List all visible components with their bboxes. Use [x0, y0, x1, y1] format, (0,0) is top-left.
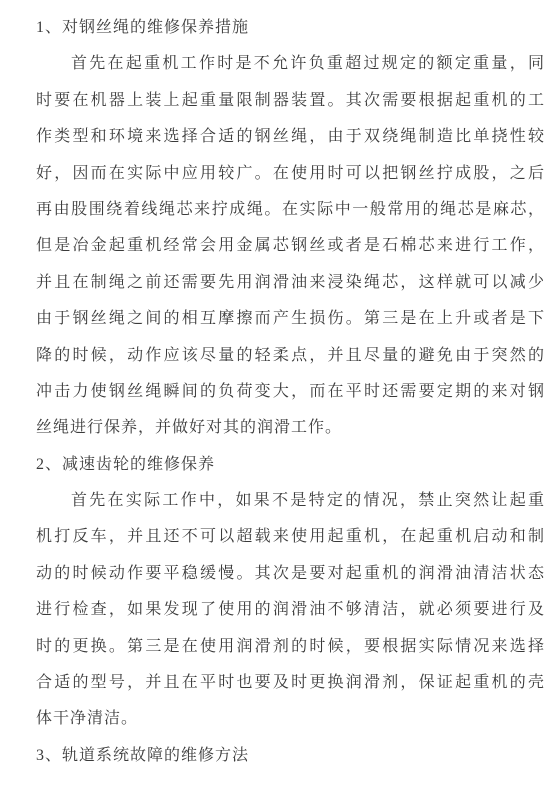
section-1-paragraph-line: 丝绳进行保养，并做好对其的润滑工作。 — [36, 410, 545, 446]
section-2-paragraph-line: 体干净清洁。 — [36, 701, 545, 737]
section-2-paragraph-line: 时的更换。第三是在使用润滑剂的时候，要根据实际情况来选择 — [36, 629, 545, 665]
section-2-paragraph-line: 动的时候动作要平稳缓慢。其次是要对起重机的润滑油清洁状态 — [36, 556, 545, 592]
section-1-heading: 1、对钢丝绳的维修保养措施 — [36, 10, 545, 46]
section-1-paragraph-line: 作类型和环境来选择合适的钢丝绳，由于双绕绳制造比单挠性较 — [36, 119, 545, 155]
section-1-paragraph-line: 好，因而在实际中应用较广。在使用时可以把钢丝拧成股，之后 — [36, 156, 545, 192]
section-1-paragraph-line: 由于钢丝绳之间的相互摩擦而产生损伤。第三是在上升或者是下 — [36, 301, 545, 337]
section-1-paragraph-line: 但是冶金起重机经常会用金属芯钢丝或者是石棉芯来进行工作， — [36, 228, 545, 264]
section-2-paragraph-line: 机打反车，并且还不可以超载来使用起重机，在起重机启动和制 — [36, 519, 545, 555]
section-1-paragraph-line: 首先在起重机工作时是不允许负重超过规定的额定重量，同 — [36, 46, 545, 82]
section-1-paragraph-line: 冲击力使钢丝绳瞬间的负荷变大，而在平时还需要定期的来对钢 — [36, 374, 545, 410]
section-1-paragraph-line: 再由股围绕着线绳芯来拧成绳。在实际中一般常用的绳芯是麻芯， — [36, 192, 545, 228]
section-2-heading: 2、减速齿轮的维修保养 — [36, 447, 545, 483]
section-2-paragraph-line: 首先在实际工作中，如果不是特定的情况，禁止突然让起重 — [36, 483, 545, 519]
section-3-heading: 3、轨道系统故障的维修方法 — [36, 738, 545, 774]
section-1-paragraph-line: 降的时候，动作应该尽量的轻柔点，并且尽量的避免由于突然的 — [36, 338, 545, 374]
section-1-paragraph-line: 并且在制绳之前还需要先用润滑油来浸染绳芯，这样就可以减少 — [36, 265, 545, 301]
section-2-paragraph-line: 合适的型号，并且在平时也要及时更换润滑剂，保证起重机的壳 — [36, 665, 545, 701]
section-1-paragraph-line: 时要在机器上装上起重量限制器装置。其次需要根据起重机的工 — [36, 83, 545, 119]
document-page: 1、对钢丝绳的维修保养措施 首先在起重机工作时是不允许负重超过规定的额定重量，同… — [0, 0, 552, 786]
section-2-paragraph-line: 进行检查，如果发现了使用的润滑油不够清洁，就必须要进行及 — [36, 592, 545, 628]
